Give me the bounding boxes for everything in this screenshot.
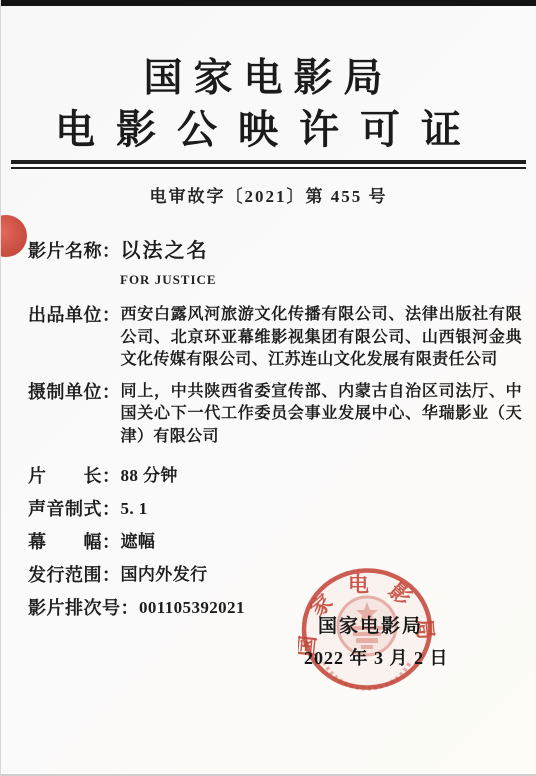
certificate-fields: 影片名称： 以法之名 FOR JUSTICE 出品单位： 西安白露风河旅游文化传…	[28, 239, 522, 620]
field-row-film-title: 影片名称： 以法之名	[28, 239, 522, 263]
sound-format-value: 5. 1	[121, 497, 523, 521]
runtime-value: 88 分钟	[121, 464, 523, 488]
sound-format-label: 声音制式：	[28, 497, 121, 521]
aspect-format-label: 幕 幅：	[28, 530, 121, 554]
aspect-format-value: 遮幅	[121, 530, 523, 554]
production-companies-label: 出品单位：	[28, 303, 121, 327]
certificate-header: 国家电影局 电影公映许可证 电审故字〔2021〕第 455 号	[1, 0, 536, 207]
issuer-title: 国家电影局	[1, 54, 536, 104]
issuing-authority: 国家电影局	[318, 611, 436, 638]
partial-red-seal-mark-icon	[0, 215, 27, 257]
double-rule-divider	[11, 160, 526, 169]
field-row-film-serial-number: 影片排次号： 001105392021	[28, 596, 522, 620]
issue-date: 2022 年 3 月 2 日	[304, 644, 444, 670]
film-serial-number-label: 影片排次号：	[28, 596, 139, 620]
field-row-sound-format: 声音制式： 5. 1	[28, 497, 522, 521]
runtime-label: 片 长：	[28, 464, 121, 488]
field-row-filming-units: 摄制单位： 同上，中共陕西省委宣传部、内蒙古自治区司法厅、中国关心下一代工作委员…	[28, 380, 522, 449]
field-row-aspect-format: 幕 幅： 遮幅	[28, 530, 522, 554]
production-companies-value: 西安白露风河旅游文化传播有限公司、法律出版社有限公司、北京环亚幕维影视集团有限公…	[121, 303, 523, 372]
film-title-english: FOR JUSTICE	[120, 272, 522, 288]
field-row-runtime: 片 长： 88 分钟	[28, 464, 522, 488]
field-row-production-companies: 出品单位： 西安白露风河旅游文化传播有限公司、法律出版社有限公司、北京环亚幕维影…	[28, 303, 522, 372]
film-title-label: 影片名称：	[28, 239, 121, 263]
certificate-title: 电影公映许可证	[1, 105, 536, 155]
distribution-scope-label: 发行范围：	[28, 563, 121, 587]
approval-seal-block: 国家电影局 国家电影局 2022 年 3 月 2 日	[298, 566, 436, 694]
film-title-value: 以法之名	[121, 239, 523, 263]
filming-units-label: 摄制单位：	[28, 380, 121, 404]
filming-units-value: 同上，中共陕西省委宣传部、内蒙古自治区司法厅、中国关心下一代工作委员会事业发展中…	[121, 380, 523, 449]
top-black-bar	[1, 0, 536, 6]
field-row-distribution-scope: 发行范围： 国内外发行	[28, 563, 522, 587]
permit-number: 电审故字〔2021〕第 455 号	[1, 182, 536, 207]
permit-document: 国家电影局 电影公映许可证 电审故字〔2021〕第 455 号 影片名称： 以法…	[0, 0, 536, 776]
